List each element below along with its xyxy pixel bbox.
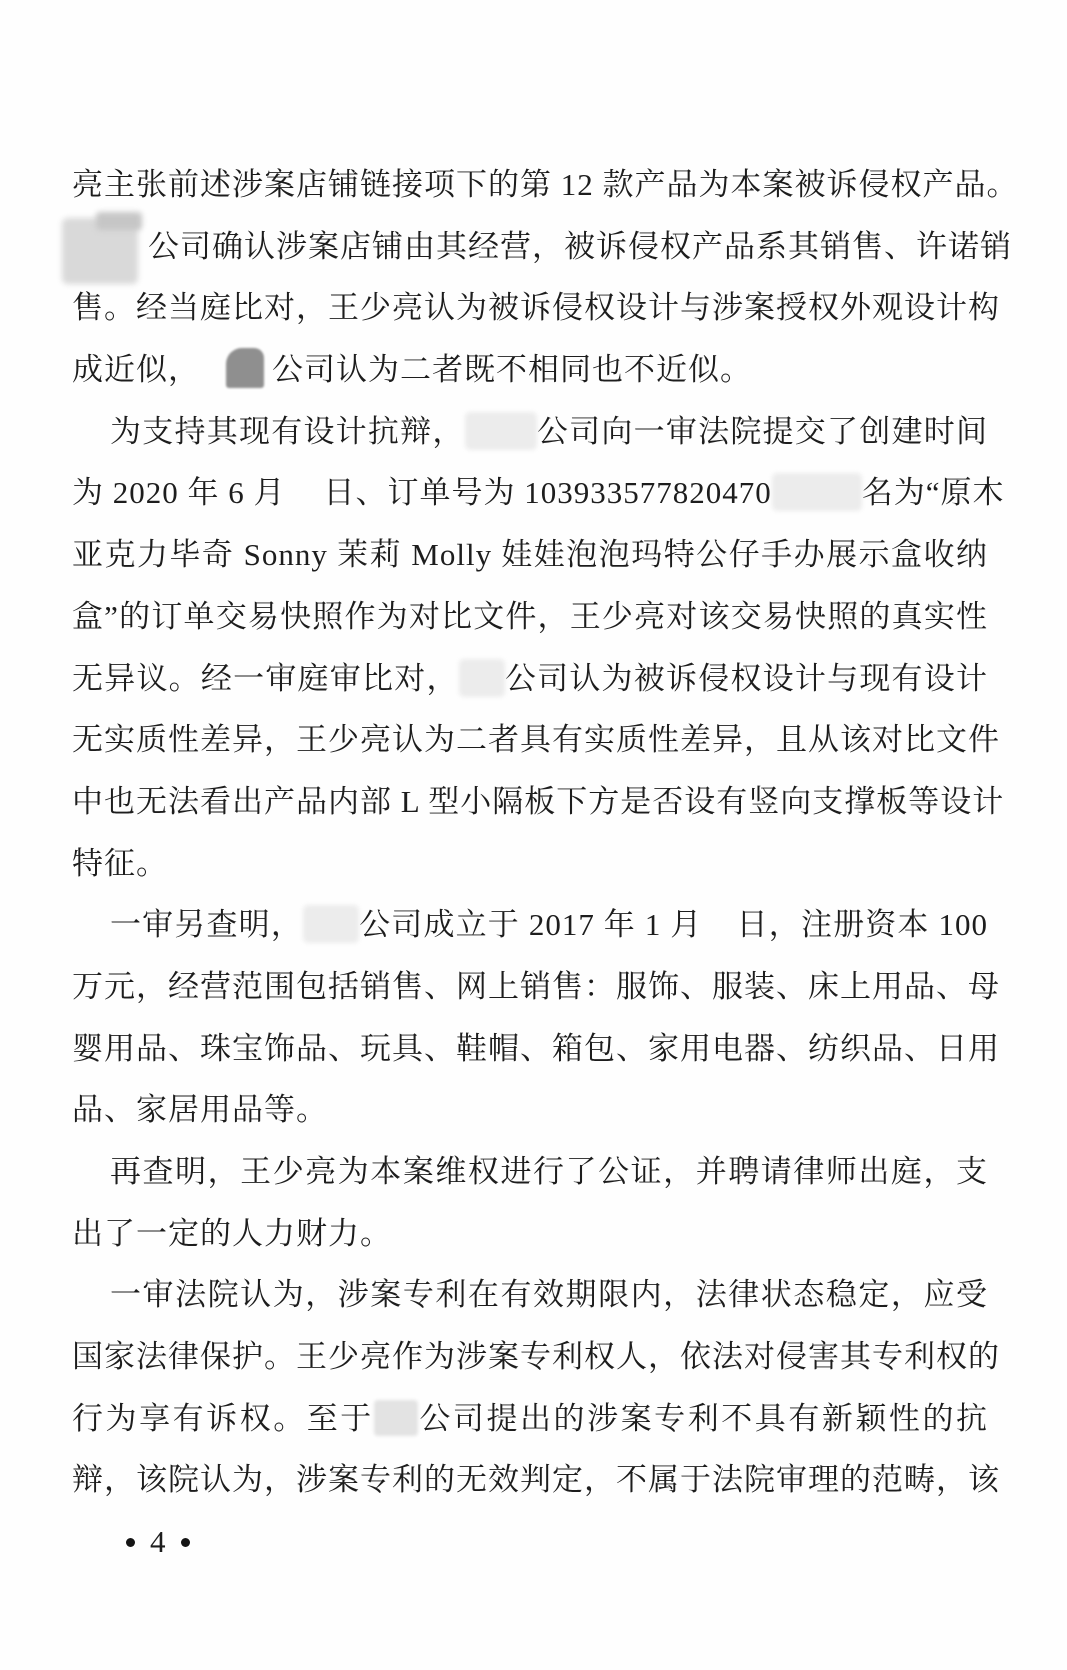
text-run: 日，注册资本 100 bbox=[736, 907, 988, 942]
text-run: 再查明，王少亮为本案维权进行了公证，并聘请律师出庭，支 bbox=[110, 1154, 988, 1189]
redaction-gap bbox=[772, 473, 862, 511]
page-number: 4 bbox=[150, 1522, 166, 1562]
text-run: 中也无法看出产品内部 L 型小隔板下方是否设有竖向支撑板等设计 bbox=[72, 784, 1004, 819]
text-run: 名为“原木 bbox=[862, 475, 1005, 510]
text-line: 国家法律保护。王少亮作为涉案专利权人，依法对侵害其专利权的 bbox=[72, 1326, 988, 1388]
text-line: 一审另查明，公司成立于 2017 年 1 月日，注册资本 100 bbox=[72, 894, 988, 956]
text-line: 行为享有诉权。至于公司提出的涉案专利不具有新颖性的抗 bbox=[72, 1388, 988, 1450]
text-line: 一审法院认为，涉案专利在有效期限内，法律状态稳定，应受 bbox=[72, 1264, 988, 1326]
document-page: 亮主张前述涉案店铺链接项下的第 12 款产品为本案被诉侵权产品。公司确认涉案店铺… bbox=[0, 0, 1067, 1670]
text-run: 无异议。经一审庭审比对， bbox=[72, 661, 459, 696]
text-run: 一审另查明， bbox=[110, 907, 303, 942]
blank-gap bbox=[286, 497, 324, 503]
text-line: 品、家居用品等。 bbox=[72, 1079, 988, 1141]
text-line: 售。经当庭比对，王少亮认为被诉侵权设计与涉案授权外观设计构 bbox=[72, 277, 988, 339]
text-line: 辩，该院认为，涉案专利的无效判定，不属于法院审理的范畴，该 bbox=[72, 1449, 988, 1511]
text-line: 特征。 bbox=[72, 833, 988, 895]
text-line: 亚克力毕奇 Sonny 茉莉 Molly 娃娃泡泡玛特公仔手办展示盒收纳 bbox=[72, 524, 988, 586]
text-line: 出了一定的人力财力。 bbox=[72, 1203, 988, 1265]
text-line: 婴用品、珠宝饰品、玩具、鞋帽、箱包、家用电器、纺织品、日用 bbox=[72, 1018, 988, 1080]
text-line: 为 2020 年 6 月日、订单号为 103933577820470名为“原木 bbox=[72, 462, 988, 524]
text-run: 为支持其现有设计抗辩， bbox=[110, 414, 465, 449]
text-run: 品、家居用品等。 bbox=[72, 1092, 328, 1127]
redaction-gap bbox=[226, 348, 264, 388]
text-line: 再查明，王少亮为本案维权进行了公证，并聘请律师出庭，支 bbox=[72, 1141, 988, 1203]
text-run: 特征。 bbox=[72, 846, 168, 881]
text-run: 公司向一审法院提交了创建时间 bbox=[537, 414, 988, 449]
redaction-gap bbox=[459, 659, 505, 697]
blank-gap bbox=[702, 929, 736, 935]
text-run: 盒”的订单交易快照作为对比文件，王少亮对该交易快照的真实性 bbox=[72, 599, 988, 634]
text-run: 日、订单号为 103933577820470 bbox=[324, 475, 772, 510]
text-run: 售。经当庭比对，王少亮认为被诉侵权设计与涉案授权外观设计构 bbox=[72, 290, 1000, 325]
blank-gap bbox=[200, 374, 226, 380]
text-line: 盒”的订单交易快照作为对比文件，王少亮对该交易快照的真实性 bbox=[72, 586, 988, 648]
blank-gap bbox=[264, 374, 272, 380]
text-run: 万元，经营范围包括销售、网上销售：服饰、服装、床上用品、母 bbox=[72, 969, 1000, 1004]
text-run: 公司认为被诉侵权设计与现有设计 bbox=[505, 661, 988, 696]
text-run: 成近似， bbox=[72, 352, 200, 387]
text-line: 为支持其现有设计抗辩，公司向一审法院提交了创建时间 bbox=[72, 401, 988, 463]
text-line: 无异议。经一审庭审比对，公司认为被诉侵权设计与现有设计 bbox=[72, 648, 988, 710]
text-run: 亮主张前述涉案店铺链接项下的第 12 款产品为本案被诉侵权产品。 bbox=[72, 167, 1019, 202]
redaction-gap bbox=[374, 1400, 418, 1436]
bullet-icon bbox=[126, 1538, 135, 1547]
text-line: 万元，经营范围包括销售、网上销售：服饰、服装、床上用品、母 bbox=[72, 956, 988, 1018]
text-line: 亮主张前述涉案店铺链接项下的第 12 款产品为本案被诉侵权产品。 bbox=[72, 154, 988, 216]
judgment-text-block: 亮主张前述涉案店铺链接项下的第 12 款产品为本案被诉侵权产品。公司确认涉案店铺… bbox=[72, 154, 988, 1511]
redaction-gap bbox=[465, 412, 537, 450]
text-run: 无实质性差异，王少亮认为二者具有实质性差异，且从该对比文件 bbox=[72, 722, 1000, 757]
text-run: 一审法院认为，涉案专利在有效期限内，法律状态稳定，应受 bbox=[110, 1277, 988, 1312]
text-run: 公司确认涉案店铺由其经营，被诉侵权产品系其销售、许诺销 bbox=[148, 229, 1012, 264]
text-run: 公司成立于 2017 年 1 月 bbox=[359, 907, 702, 942]
text-run: 为 2020 年 6 月 bbox=[72, 475, 286, 510]
text-run: 出了一定的人力财力。 bbox=[72, 1216, 392, 1251]
redaction-blob-light-strip bbox=[96, 212, 142, 230]
text-run: 国家法律保护。王少亮作为涉案专利权人，依法对侵害其专利权的 bbox=[72, 1339, 1000, 1374]
text-run: 亚克力毕奇 Sonny 茉莉 Molly 娃娃泡泡玛特公仔手办展示盒收纳 bbox=[72, 537, 988, 572]
text-run: 辩，该院认为，涉案专利的无效判定，不属于法院审理的范畴，该 bbox=[72, 1462, 1000, 1497]
text-line: 公司确认涉案店铺由其经营，被诉侵权产品系其销售、许诺销 bbox=[72, 216, 988, 278]
text-line: 无实质性差异，王少亮认为二者具有实质性差异，且从该对比文件 bbox=[72, 709, 988, 771]
bullet-icon bbox=[181, 1538, 190, 1547]
page-footer: 4 bbox=[126, 1522, 190, 1562]
text-run: 公司认为二者既不相同也不近似。 bbox=[272, 352, 752, 387]
text-line: 中也无法看出产品内部 L 型小隔板下方是否设有竖向支撑板等设计 bbox=[72, 771, 988, 833]
text-line: 成近似，公司认为二者既不相同也不近似。 bbox=[72, 339, 988, 401]
text-run: 行为享有诉权。至于 bbox=[72, 1401, 374, 1436]
text-run: 婴用品、珠宝饰品、玩具、鞋帽、箱包、家用电器、纺织品、日用 bbox=[72, 1031, 1000, 1066]
redaction-gap bbox=[303, 905, 359, 943]
text-run: 公司提出的涉案专利不具有新颖性的抗 bbox=[418, 1401, 988, 1436]
